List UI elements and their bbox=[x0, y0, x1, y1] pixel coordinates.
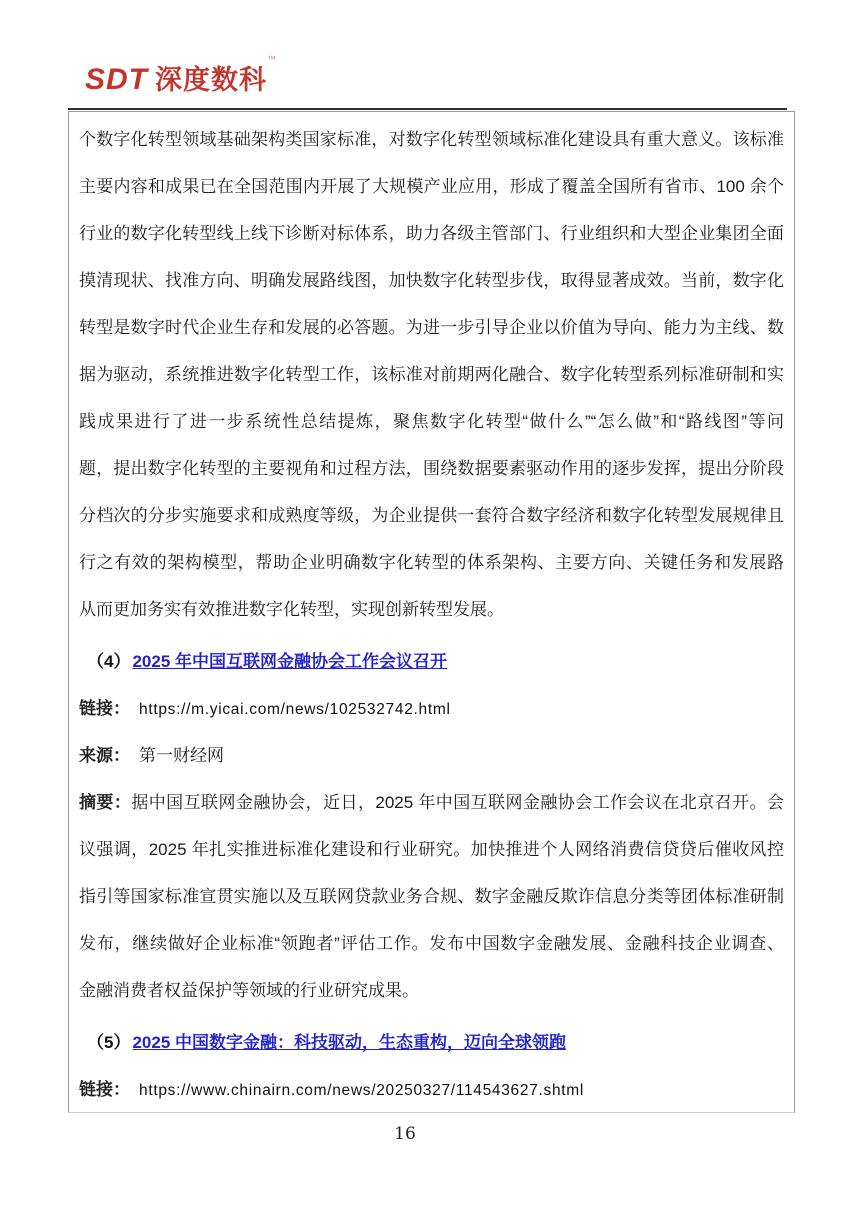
summary-label: 摘要： bbox=[79, 793, 131, 812]
item5-heading: （5）2025 中国数字金融：科技驱动，生态重构，迈向全球领跑 bbox=[79, 1019, 784, 1066]
item5-number: （5） bbox=[87, 1033, 130, 1052]
document-page: SDT深度数科™ 个数字化转型领域基础架构类国家标准，对数字化转型领域标准化建设… bbox=[0, 0, 864, 1223]
paragraph-line: 行业的数字化转型线上线下诊断对标体系，助力各级主管部门、行业组织和大型企业集团全… bbox=[79, 210, 784, 257]
page-number: 16 bbox=[0, 1124, 810, 1144]
logo-company-name: 深度数科 bbox=[155, 65, 267, 95]
paragraph-line: 践成果进行了进一步系统性总结提炼，聚焦数字化转型“做什么”“怎么做”和“路线图”… bbox=[79, 398, 784, 445]
item4-summary-line: 发布，继续做好企业标准“领跑者”评估工作。发布中国数字金融发展、金融科技企业调查… bbox=[79, 920, 784, 967]
item4-source-value: 第一财经网 bbox=[139, 746, 224, 765]
item4-summary-line: 议强调，2025 年扎实推进标准化建设和行业研究。加快推进个人网络消费信贷贷后催… bbox=[79, 826, 784, 873]
item5-link-line: 链接：https://www.chinairn.com/news/2025032… bbox=[79, 1066, 784, 1113]
header-divider bbox=[68, 108, 787, 110]
source-label: 来源： bbox=[79, 746, 130, 765]
link-label: 链接： bbox=[79, 1080, 130, 1099]
trademark-icon: ™ bbox=[267, 54, 276, 64]
content-frame: 个数字化转型领域基础架构类国家标准，对数字化转型领域标准化建设具有重大意义。该标… bbox=[68, 111, 795, 1113]
paragraph-last-line: 从而更加务实有效推进数字化转型，实现创新转型发展。 bbox=[79, 586, 784, 633]
item4-summary-line: 摘要：据中国互联网金融协会，近日，2025 年中国互联网金融协会工作会议在北京召… bbox=[79, 779, 784, 826]
paragraph-line: 转型是数字时代企业生存和发展的必答题。为进一步引导企业以价值为导向、能力为主线、… bbox=[79, 304, 784, 351]
link-label: 链接： bbox=[79, 699, 130, 718]
paragraph-line: 行之有效的架构模型，帮助企业明确数字化转型的体系架构、主要方向、关键任务和发展路… bbox=[79, 539, 784, 586]
item4-summary-line: 指引等国家标准宣贯实施以及互联网贷款业务合规、数字金融反欺诈信息分类等团体标准研… bbox=[79, 873, 784, 920]
item5-title-link[interactable]: 2025 中国数字金融：科技驱动，生态重构，迈向全球领跑 bbox=[132, 1033, 566, 1052]
paragraph-line: 分档次的分步实施要求和成熟度等级，为企业提供一套符合数字经济和数字化转型发展规律… bbox=[79, 492, 784, 539]
item4-title-link[interactable]: 2025 年中国互联网金融协会工作会议召开 bbox=[132, 652, 447, 671]
paragraph-line: 摸清现状、找准方向、明确发展路线图，加快数字化转型步伐，取得显著成效。当前，数字… bbox=[79, 257, 784, 304]
item4-link-line: 链接：https://m.yicai.com/news/102532742.ht… bbox=[79, 685, 784, 732]
summary-text: 据中国互联网金融协会，近日，2025 年中国互联网金融协会工作会议在北京召开。会 bbox=[131, 793, 784, 812]
item4-source-line: 来源：第一财经网 bbox=[79, 732, 784, 779]
paragraph-line: 题，提出数字化转型的主要视角和过程方法，围绕数据要素驱动作用的逐步发挥，提出分阶… bbox=[79, 445, 784, 492]
item4-number: （4） bbox=[87, 652, 130, 671]
item5-url-text: https://www.chinairn.com/news/20250327/1… bbox=[139, 1082, 584, 1099]
company-logo: SDT深度数科™ bbox=[85, 58, 276, 97]
item4-heading: （4）2025 年中国互联网金融协会工作会议召开 bbox=[79, 638, 784, 685]
paragraph-line: 据为驱动，系统推进数字化转型工作，该标准对前期两化融合、数字化转型系列标准研制和… bbox=[79, 351, 784, 398]
logo-sdt-wordmark: SDT bbox=[85, 63, 148, 96]
paragraph-line: 主要内容和成果已在全国范围内开展了大规模产业应用，形成了覆盖全国所有省市、100… bbox=[79, 163, 784, 210]
item4-summary-last-line: 金融消费者权益保护等领域的行业研究成果。 bbox=[79, 967, 784, 1014]
paragraph-line: 个数字化转型领域基础架构类国家标准，对数字化转型领域标准化建设具有重大意义。该标… bbox=[79, 116, 784, 163]
item4-url-text: https://m.yicai.com/news/102532742.html bbox=[139, 701, 451, 718]
